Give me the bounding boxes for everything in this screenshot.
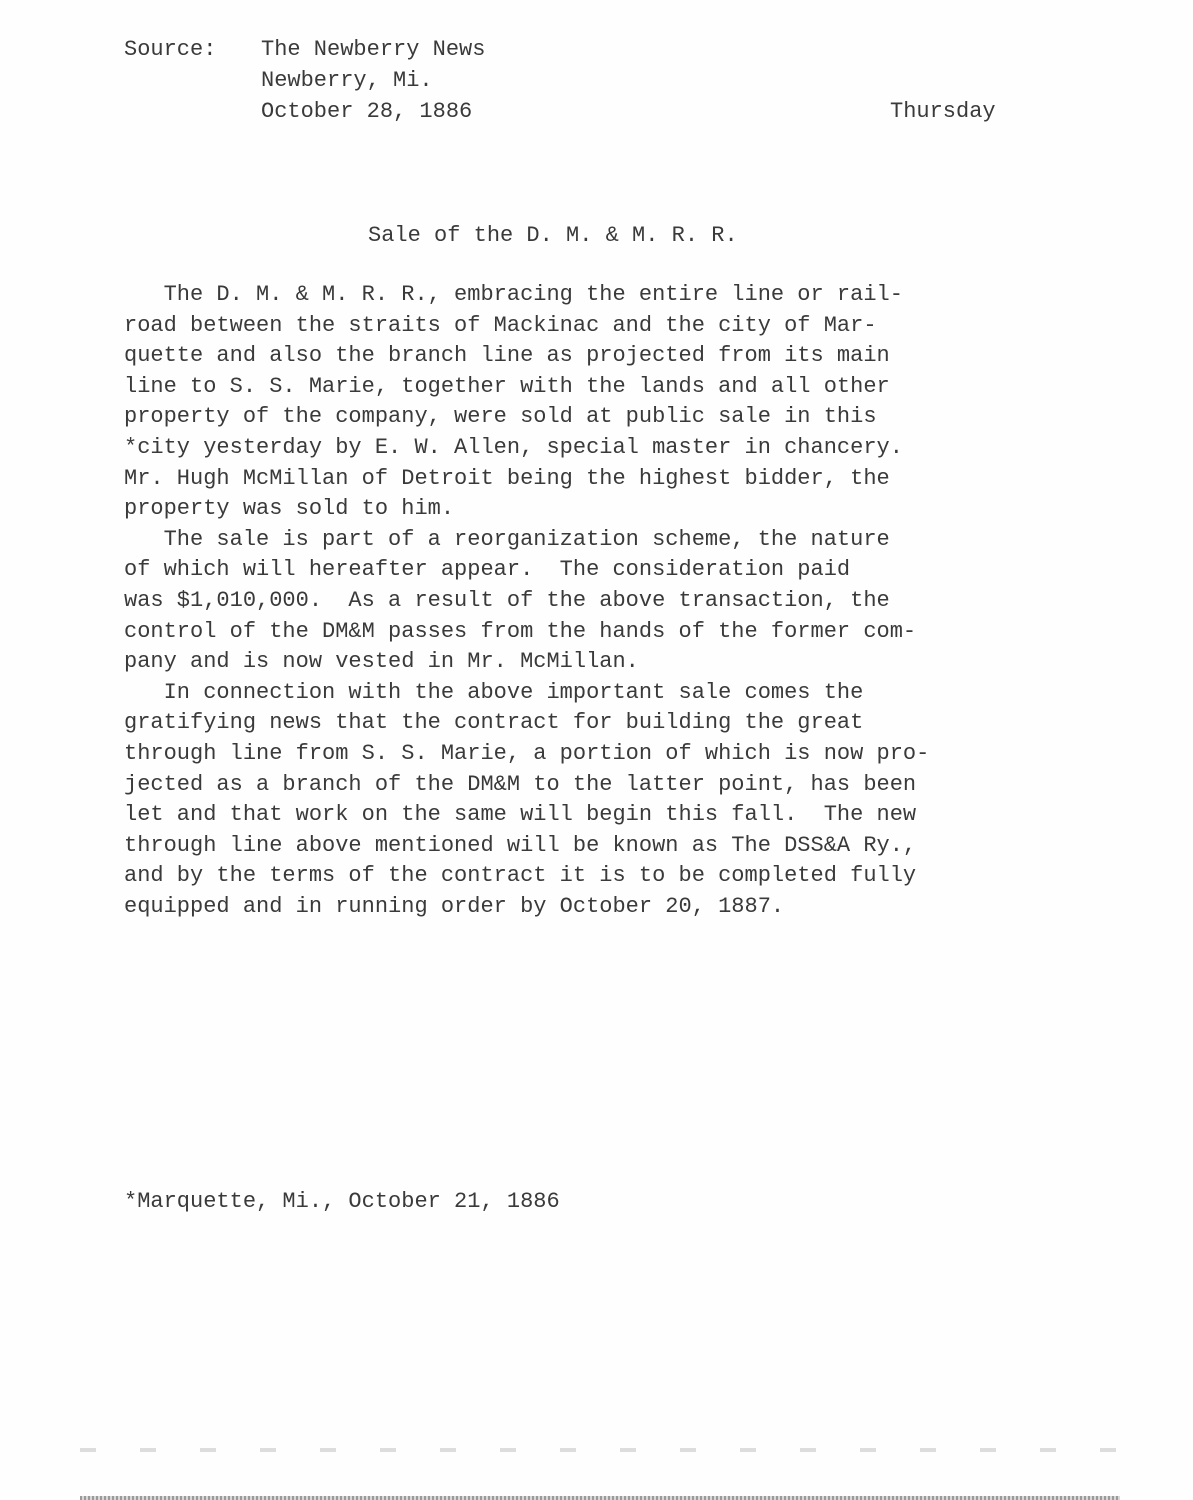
source-block: Source: The Newberry News Newberry, Mi. …: [124, 34, 485, 127]
body-line: In connection with the above important s…: [124, 678, 1054, 709]
body-line: pany and is now vested in Mr. McMillan.: [124, 647, 1054, 678]
article-body: The D. M. & M. R. R., embracing the enti…: [124, 280, 1054, 922]
body-line: control of the DM&M passes from the hand…: [124, 617, 1054, 648]
body-line: Mr. Hugh McMillan of Detroit being the h…: [124, 464, 1054, 495]
document-page: Source: The Newberry News Newberry, Mi. …: [0, 0, 1193, 1500]
body-line: property of the company, were sold at pu…: [124, 402, 1054, 433]
body-line: of which will hereafter appear. The cons…: [124, 555, 1054, 586]
body-line: *city yesterday by E. W. Allen, special …: [124, 433, 1054, 464]
body-line: through line from S. S. Marie, a portion…: [124, 739, 1054, 770]
source-row: October 28, 1886: [124, 96, 485, 127]
source-date: October 28, 1886: [261, 96, 472, 127]
article-title: Sale of the D. M. & M. R. R.: [368, 220, 738, 251]
source-publication: The Newberry News: [261, 34, 485, 65]
weekday: Thursday: [890, 96, 996, 127]
body-line: let and that work on the same will begin…: [124, 800, 1054, 831]
body-line: gratifying news that the contract for bu…: [124, 708, 1054, 739]
body-line: property was sold to him.: [124, 494, 1054, 525]
body-line: was $1,010,000. As a result of the above…: [124, 586, 1054, 617]
source-row: Newberry, Mi.: [124, 65, 485, 96]
body-line: road between the straits of Mackinac and…: [124, 311, 1054, 342]
body-line: The sale is part of a reorganization sch…: [124, 525, 1054, 556]
body-line: equipped and in running order by October…: [124, 892, 1054, 923]
scan-artifact-dashes: [80, 1448, 1120, 1452]
source-location: Newberry, Mi.: [261, 65, 433, 96]
scan-bottom-edge: [80, 1496, 1120, 1500]
body-line: line to S. S. Marie, together with the l…: [124, 372, 1054, 403]
body-line: The D. M. & M. R. R., embracing the enti…: [124, 280, 1054, 311]
source-row: Source: The Newberry News: [124, 34, 485, 65]
footnote: *Marquette, Mi., October 21, 1886: [124, 1186, 560, 1217]
source-label: Source:: [124, 34, 261, 65]
body-line: jected as a branch of the DM&M to the la…: [124, 770, 1054, 801]
body-line: quette and also the branch line as proje…: [124, 341, 1054, 372]
body-line: and by the terms of the contract it is t…: [124, 861, 1054, 892]
body-line: through line above mentioned will be kno…: [124, 831, 1054, 862]
